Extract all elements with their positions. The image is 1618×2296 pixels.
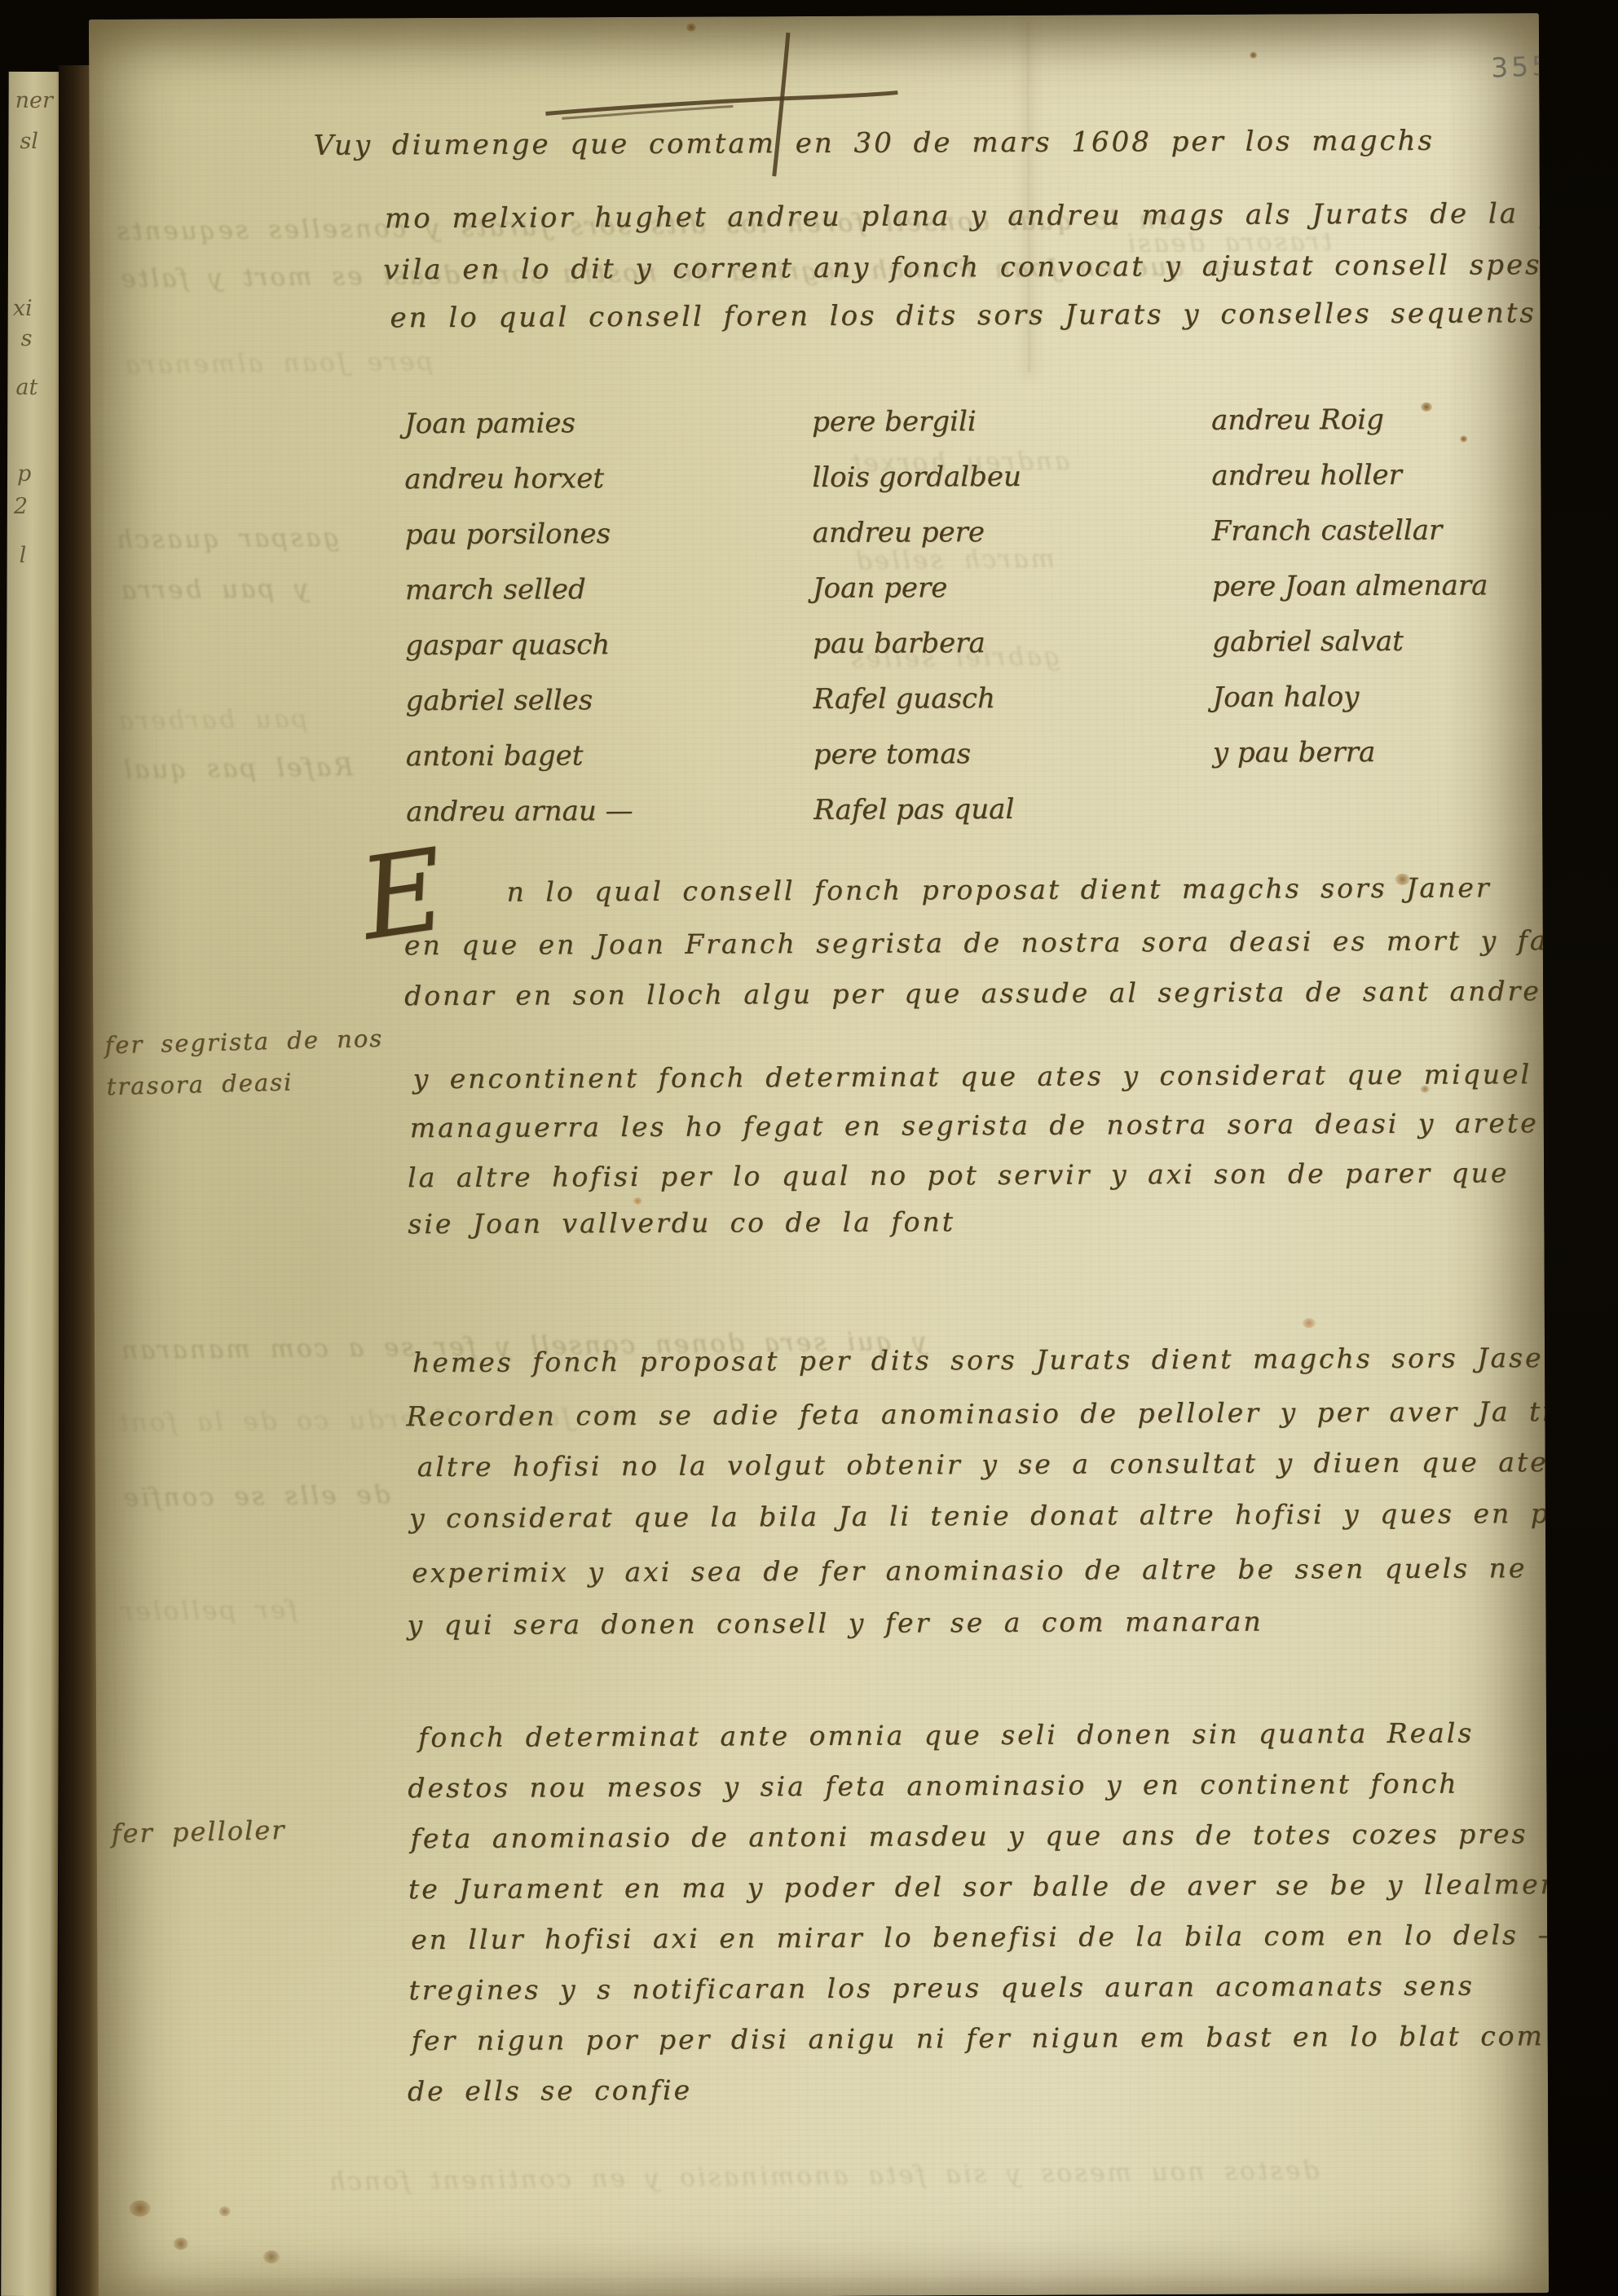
foxing-spot — [130, 2201, 151, 2217]
ink-stain — [1303, 1318, 1316, 1328]
paragraph-line: destos nou mesos y sia feta anominasio y… — [408, 1768, 1458, 1805]
paragraph-line: tregines y s notificaran los preus quels… — [408, 1970, 1474, 2007]
sliver-text-fragment: l — [20, 543, 27, 568]
attendee-name: gaspar quasch — [405, 628, 633, 685]
paragraph-line: managuerra les ho fegat en segrista de n… — [410, 1107, 1539, 1144]
showthrough-text: y pau berra — [119, 574, 309, 606]
attendee-name: pere Joan almenara — [1212, 569, 1488, 625]
showthrough-text: pere Joan almenara — [123, 347, 434, 380]
photo-backdrop: ner sl xi s at p 2 l en lo qual consell … — [0, 0, 1618, 2296]
paragraph-line: de ells se confie — [408, 2074, 692, 2108]
attendee-name: Rafel guasch — [813, 682, 1022, 738]
showthrough-text: de ells se confie — [121, 1480, 390, 1513]
attendee-column-3: andreu Roig andreu holler Franch castell… — [1211, 403, 1488, 791]
heading-line: mo melxior hughet andreu plana y andreu … — [385, 197, 1549, 235]
attendee-name: Joan pere — [813, 571, 1022, 628]
heading-line: vila en lo dit y corrent any fonch convo… — [383, 249, 1549, 286]
paragraph-line: y encontinent fonch determinat que ates … — [412, 1058, 1532, 1095]
margin-note-line: fer pelloler — [111, 1814, 286, 1849]
attendee-name: andreu horxet — [404, 462, 632, 518]
previous-page-sliver: ner sl xi s at p 2 l — [1, 72, 64, 2296]
paragraph-line: la altre hofisi per lo qual no pot servi… — [408, 1157, 1509, 1193]
attendee-name: andreu holler — [1211, 458, 1488, 514]
manuscript-page: en lo qual consell foren los dits sors J… — [89, 13, 1549, 2296]
attendee-name: pere tomas — [813, 738, 1023, 794]
attendee-name: Franch castellar — [1212, 513, 1488, 570]
sliver-text-fragment: s — [21, 326, 33, 351]
attendee-name: antoni baget — [406, 739, 633, 795]
showthrough-text: pau barbera — [116, 704, 307, 736]
attendee-name: llois gordalbeu — [812, 461, 1021, 517]
paragraph-line: feta anominasio de antoni masdeu y que a… — [411, 1818, 1528, 1854]
attendee-name: Joan haloy — [1212, 680, 1488, 736]
attendee-column-1: Joan pamies andreu horxet pau porsilones… — [404, 407, 633, 851]
attendee-name: andreu Roig — [1211, 403, 1488, 459]
page-number: 355 — [1490, 50, 1549, 84]
paragraph-line: donar en son lloch algu per que assude a… — [404, 975, 1549, 1011]
showthrough-text: Rafel pas qual — [121, 752, 354, 784]
sliver-text-fragment: sl — [20, 129, 38, 154]
foxing-spot — [219, 2206, 231, 2216]
sliver-text-fragment: ner — [15, 88, 53, 113]
paragraph-line: y qui sera donen consell y fer se a com … — [407, 1606, 1263, 1642]
foxing-spot — [263, 2250, 280, 2263]
paragraph-line: en llur hofisi axi en mirar lo benefisi … — [411, 1919, 1549, 1955]
sliver-text-fragment: at — [15, 375, 37, 400]
attendee-name: pau porsilones — [405, 518, 633, 574]
ink-stain — [633, 1197, 641, 1205]
attendee-name: gabriel salvat — [1212, 624, 1488, 681]
heading-line: en lo qual consell foren los dits sors J… — [390, 297, 1536, 334]
paragraph-line: hemes fonch proposat per dits sors Jurat… — [412, 1342, 1544, 1378]
attendee-column-2: pere bergili llois gordalbeu andreu pere… — [812, 405, 1023, 849]
paragraph-line: fer nigun por per disi anigu ni fer nigu… — [412, 2020, 1545, 2056]
paragraph-line: experimix y axi sea de fer anominasio de… — [412, 1552, 1549, 1589]
attendee-name: y pau berra — [1213, 735, 1489, 791]
paragraph-line: en que en Joan Franch segrista de nostra… — [404, 924, 1549, 961]
attendee-name: Rafel pas qual — [813, 793, 1023, 849]
paragraph-line: sie Joan vallverdu co de la font — [408, 1205, 955, 1240]
sliver-text-fragment: p — [17, 461, 31, 487]
paragraph-line: altre hofisi no la volgut obtenir y se a… — [417, 1446, 1550, 1483]
attendee-name: pau barbera — [813, 627, 1022, 683]
attendee-name: andreu pere — [813, 516, 1022, 572]
paragraph-line: te Jurament en ma y poder del sor balle … — [408, 1868, 1549, 1905]
paragraph-line: fonch determinat ante omnia que seli don… — [418, 1717, 1474, 1754]
heading-line: Vuy diumenge que comtam en 30 de mars 16… — [313, 125, 1434, 162]
attendee-name: Joan pamies — [404, 407, 632, 463]
paragraph-line: y considerat que la bila Ja li tenie don… — [409, 1497, 1549, 1534]
sliver-text-fragment: 2 — [14, 494, 28, 519]
showthrough-text: gaspar quasch — [113, 523, 339, 555]
paragraph-line: n lo qual consell fonch proposat dient m… — [506, 871, 1491, 907]
attendee-name: pere bergili — [812, 405, 1021, 461]
sliver-text-fragment: xi — [13, 296, 33, 321]
attendee-name: march selled — [405, 573, 633, 629]
paragraph-line: Recorden com se adie feta anominasio de … — [406, 1395, 1549, 1433]
attendee-name: gabriel selles — [405, 684, 633, 740]
showthrough-text: fer pelloler — [118, 1595, 298, 1626]
ink-stain — [1250, 52, 1257, 59]
foxing-spot — [174, 2237, 188, 2250]
attendee-name: andreu arnau — — [406, 795, 633, 851]
margin-note-line: trasora deasi — [106, 1068, 293, 1100]
